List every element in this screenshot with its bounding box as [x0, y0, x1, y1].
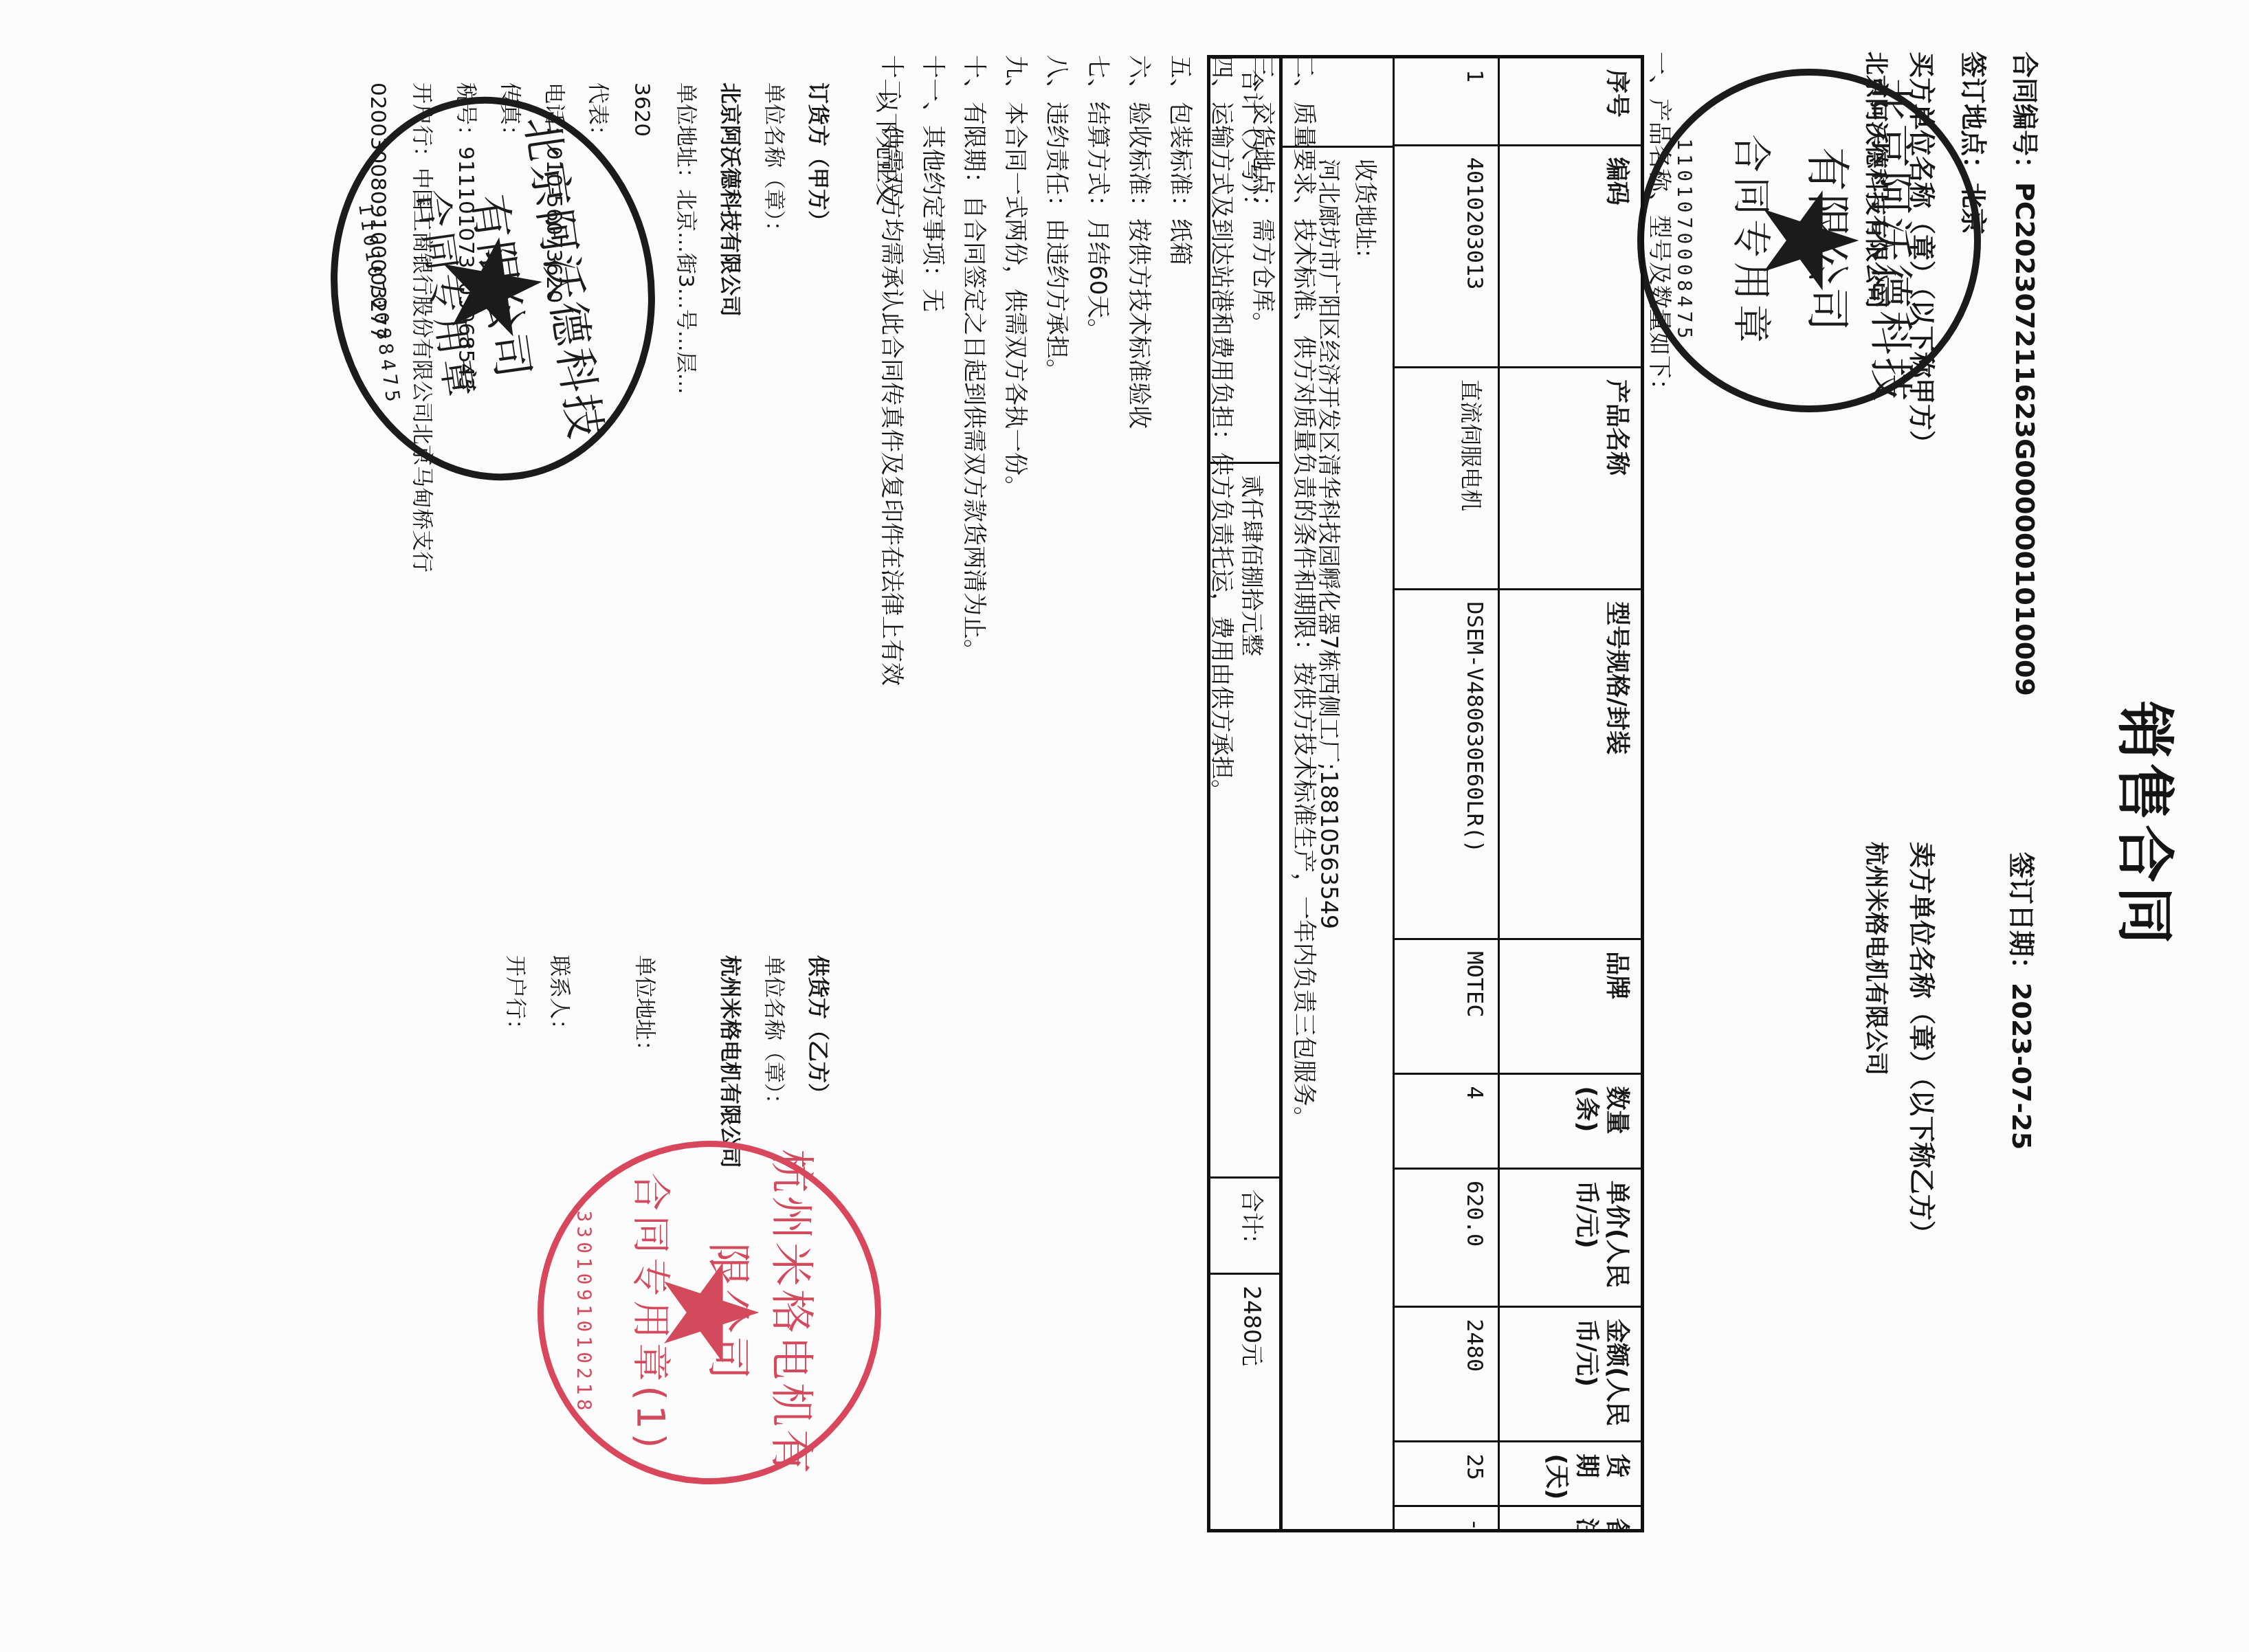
- ship-address-label: 收货地址:: [1347, 159, 1383, 1518]
- header-amount: 金额(人民币/元): [1500, 1308, 1641, 1442]
- cell-qty: 4: [1395, 1075, 1498, 1170]
- seller-contract-seal: 杭州米格电机有限公司 ★ 合同专用章(1) 3301091010218: [538, 1141, 881, 1484]
- seller-block: 供货方（乙方） 单位名称（章）： 杭州米格电机有限公司 单位地址： 联系人： 开…: [494, 955, 840, 1168]
- header-model: 型号规格/封装: [1500, 590, 1641, 940]
- terms-list: 二、质量要求、技术标准、供方对质量负责的条件和期限：按供方技术标准生产，一年内负…: [871, 55, 1325, 1130]
- header-seq: 序号: [1500, 58, 1641, 146]
- header-code: 编码: [1500, 146, 1641, 368]
- total-value: 2480元: [1210, 1275, 1279, 1529]
- contract-page: 销售合同 合同编号：PC202307211623G0000001010009 签…: [0, 0, 2249, 1652]
- table-header-row: 序号 编码 产品名称 型号规格/封装 品牌 数量(条) 单价(人民币/元) 金额…: [1498, 58, 1641, 1529]
- seller-address-label: 单位地址：: [623, 955, 667, 1168]
- seller-label: 卖方单位名称（章）（以下称乙方）: [1905, 842, 1943, 1247]
- header-product-name: 产品名称: [1500, 368, 1641, 590]
- term-item: 三、交货地点：需方仓库。: [1242, 55, 1283, 1130]
- term-item: 二、质量要求、技术标准、供方对质量负责的条件和期限：按供方技术标准生产，一年内负…: [1283, 55, 1325, 1130]
- term-item: 七、结算方式：月结60天。: [1077, 55, 1118, 1130]
- end-note: 以下无正文: [872, 89, 905, 206]
- sign-date-value: 2023-07-25: [2006, 983, 2037, 1150]
- cell-brand: MOTEC: [1395, 940, 1498, 1075]
- table-row: 1 4010203013 直流伺服电机 DSEM-V480630E60LR() …: [1393, 58, 1498, 1529]
- seal-code: 3301091010218: [573, 1147, 595, 1478]
- cell-remark: -: [1395, 1507, 1498, 1529]
- contract-number-value: PC202307211623G0000001010009: [2010, 182, 2040, 696]
- term-item: 八、违约责任：由违约方承担。: [1036, 55, 1077, 1130]
- term-item: 十二、供需双方均需承认此合同传真件及复印件在法律上有效: [871, 55, 912, 1130]
- seller-name-label: 单位名称（章）：: [752, 955, 796, 1168]
- buyer-contract-seal: 北京阿沃德科技有限公司 ★ 合同专用章 1101070008475: [1637, 69, 1981, 412]
- term-item: 五、包装标准：纸箱: [1160, 55, 1201, 1130]
- total-label: 合计:: [1210, 1179, 1279, 1275]
- cell-product-name: 直流伺服电机: [1395, 368, 1498, 590]
- seller-bank-label: 开户行：: [494, 955, 538, 1168]
- buyer-address: 单位地址：北京…街3…号…层…: [664, 82, 708, 618]
- seller-company: 杭州米格电机有限公司: [708, 955, 752, 1168]
- term-item: 四、运输方式及到达站港和费用负担：供方负责托运，费用由供方承担。: [1201, 55, 1242, 1130]
- seal-code: 1101070008475: [1673, 76, 1696, 405]
- term-item: 十一、其他约定事项：无: [912, 55, 953, 1130]
- buyer-address-label: 单位地址：: [674, 82, 698, 189]
- document-title: 销售合同: [2107, 701, 2191, 948]
- seller-contact-label: 联系人：: [538, 955, 581, 1168]
- cell-model: DSEM-V480630E60LR(): [1395, 590, 1498, 940]
- sign-place-label: 签订地点：: [1958, 52, 1988, 182]
- term-item: 十、有限期：自合同签定之日起到供需双方款货两清为止。: [953, 55, 995, 1130]
- cell-code: 4010203013: [1395, 146, 1498, 368]
- cell-seq: 1: [1395, 58, 1498, 146]
- seal-purpose: 合同专用章(1): [626, 1147, 681, 1478]
- header-lead-time: 货期(天): [1500, 1442, 1641, 1507]
- buyer-heading: 订货方（甲方）: [796, 82, 840, 618]
- term-item: 九、本合同一式两份，供需双方各执一份。: [995, 55, 1036, 1130]
- seal-purpose: 合同专用章: [1727, 76, 1782, 405]
- buyer-company: 北京阿沃德科技有限公司: [708, 82, 752, 618]
- contract-number: 合同编号：PC202307211623G0000001010009: [2008, 52, 2046, 696]
- header-unit-price: 单价(人民币/元): [1500, 1170, 1641, 1308]
- cell-unit-price: 620.0: [1395, 1170, 1498, 1308]
- header-brand: 品牌: [1500, 940, 1641, 1075]
- buyer-name-label: 单位名称（章）：: [752, 82, 796, 618]
- buyer-address-value: 北京…街3…号…层…: [674, 189, 698, 394]
- sign-date-label: 签订日期：: [2006, 852, 2037, 983]
- seller-name: 杭州米格电机有限公司: [1861, 842, 1895, 1075]
- seller-heading: 供货方（乙方）: [796, 955, 840, 1168]
- cell-lead-time: 25: [1395, 1442, 1498, 1507]
- term-item: 六、验收标准：按供方技术标准验收: [1118, 55, 1160, 1130]
- sign-date: 签订日期：2023-07-25: [2005, 852, 2043, 1150]
- contract-number-label: 合同编号：: [2010, 52, 2040, 182]
- header-qty: 数量(条): [1500, 1075, 1641, 1170]
- cell-amount: 2480: [1395, 1308, 1498, 1442]
- header-remark: 备注: [1500, 1507, 1641, 1529]
